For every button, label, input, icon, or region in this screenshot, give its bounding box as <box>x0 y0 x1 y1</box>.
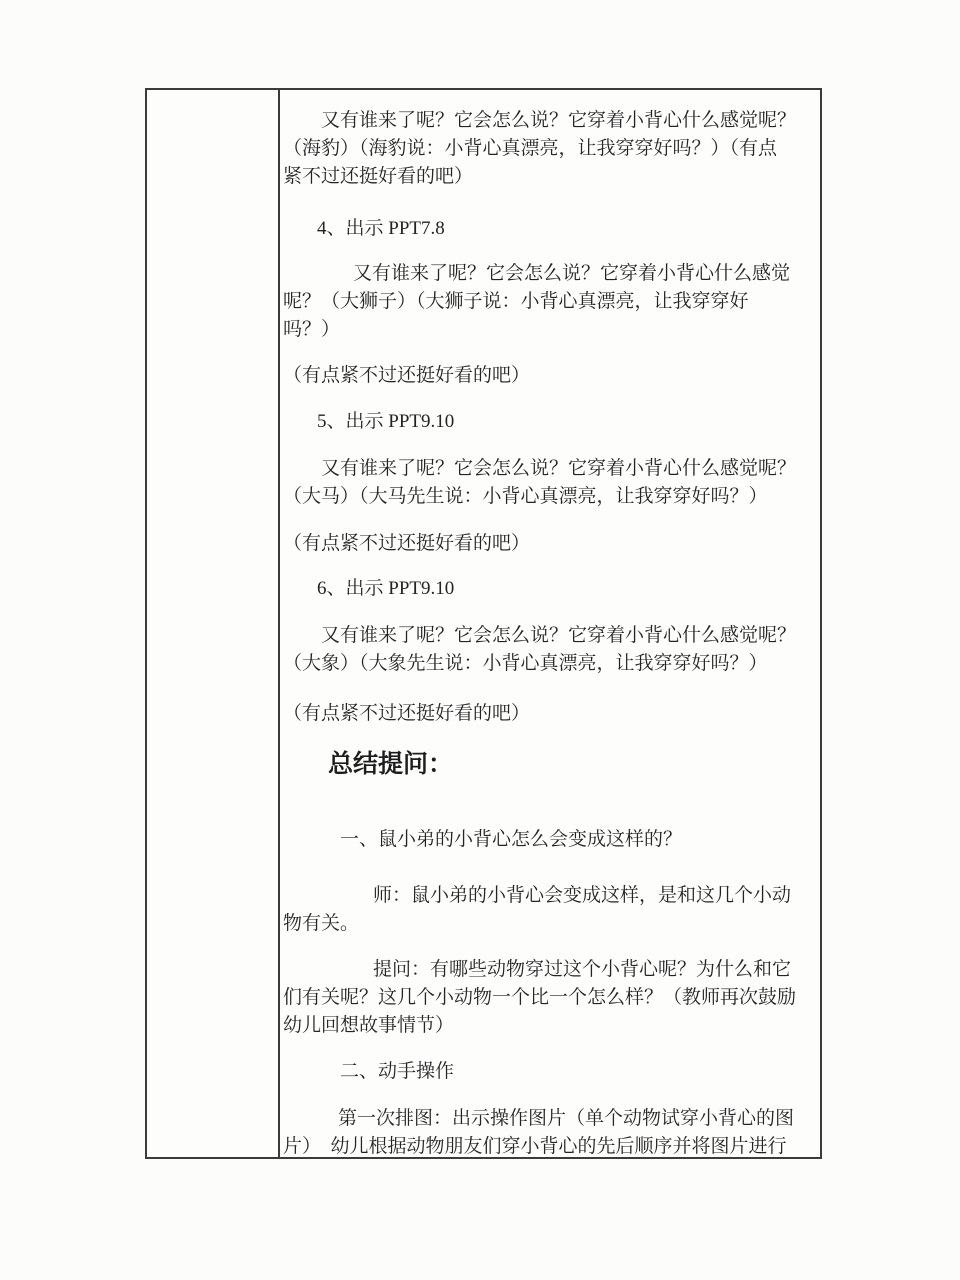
table-left-cell <box>147 90 280 1157</box>
text-line: 又有谁来了呢？它会怎么说？它穿着小背心什么感觉呢？ <box>283 622 816 650</box>
text-line: 4、出示 PPT7.8 <box>283 215 816 243</box>
text-line: 提问：有哪些动物穿过这个小背心呢？为什么和它 <box>283 956 816 984</box>
text-line: 师：鼠小弟的小背心会变成这样，是和这几个小动 <box>283 882 816 910</box>
text-line: （大马）（大马先生说：小背心真漂亮，让我穿穿好吗？） <box>283 483 816 511</box>
text-line: 幼儿回想故事情节） <box>283 1012 816 1040</box>
document-page: 又有谁来了呢？它会怎么说？它穿着小背心什么感觉呢？（海豹）（海豹说：小背心真漂亮… <box>0 0 960 1280</box>
text-line: 片） 幼儿根据动物朋友们穿小背心的先后顺序并将图片进行 <box>283 1133 816 1157</box>
table-content-cell: 又有谁来了呢？它会怎么说？它穿着小背心什么感觉呢？（海豹）（海豹说：小背心真漂亮… <box>280 90 820 1157</box>
text-line: 吗？） <box>283 316 816 344</box>
text-line: 第一次排图：出示操作图片（单个动物试穿小背心的图 <box>283 1105 816 1133</box>
text-line: 6、出示 PPT9.10 <box>283 575 816 603</box>
lesson-plan-table: 又有谁来了呢？它会怎么说？它穿着小背心什么感觉呢？（海豹）（海豹说：小背心真漂亮… <box>145 88 822 1159</box>
text-line: （有点紧不过还挺好看的吧） <box>283 362 816 390</box>
text-line: （大象）（大象先生说：小背心真漂亮，让我穿穿好吗？） <box>283 650 816 678</box>
text-line: （海豹）（海豹说：小背心真漂亮，让我穿穿好吗？）（有点 <box>283 135 816 163</box>
text-line: 又有谁来了呢？它会怎么说？它穿着小背心什么感觉呢？ <box>283 107 816 135</box>
text-line: 们有关呢？这几个小动物一个比一个怎么样？（教师再次鼓励 <box>283 984 816 1012</box>
text-line: 5、出示 PPT9.10 <box>283 408 816 436</box>
text-line: 又有谁来了呢？它会怎么说？它穿着小背心什么感觉呢？ <box>283 455 816 483</box>
text-line: （有点紧不过还挺好看的吧） <box>283 700 816 728</box>
text-line: 一、鼠小弟的小背心怎么会变成这样的？ <box>283 826 816 854</box>
text-line: 二、动手操作 <box>283 1058 816 1086</box>
text-line: 呢？（大狮子）（大狮子说：小背心真漂亮，让我穿穿好 <box>283 288 816 316</box>
text-line: （有点紧不过还挺好看的吧） <box>283 530 816 558</box>
text-line: 物有关。 <box>283 910 816 938</box>
text-line: 又有谁来了呢？它会怎么说？它穿着小背心什么感觉 <box>283 260 816 288</box>
section-heading: 总结提问： <box>283 747 816 781</box>
text-line: 紧不过还挺好看的吧） <box>283 163 816 191</box>
